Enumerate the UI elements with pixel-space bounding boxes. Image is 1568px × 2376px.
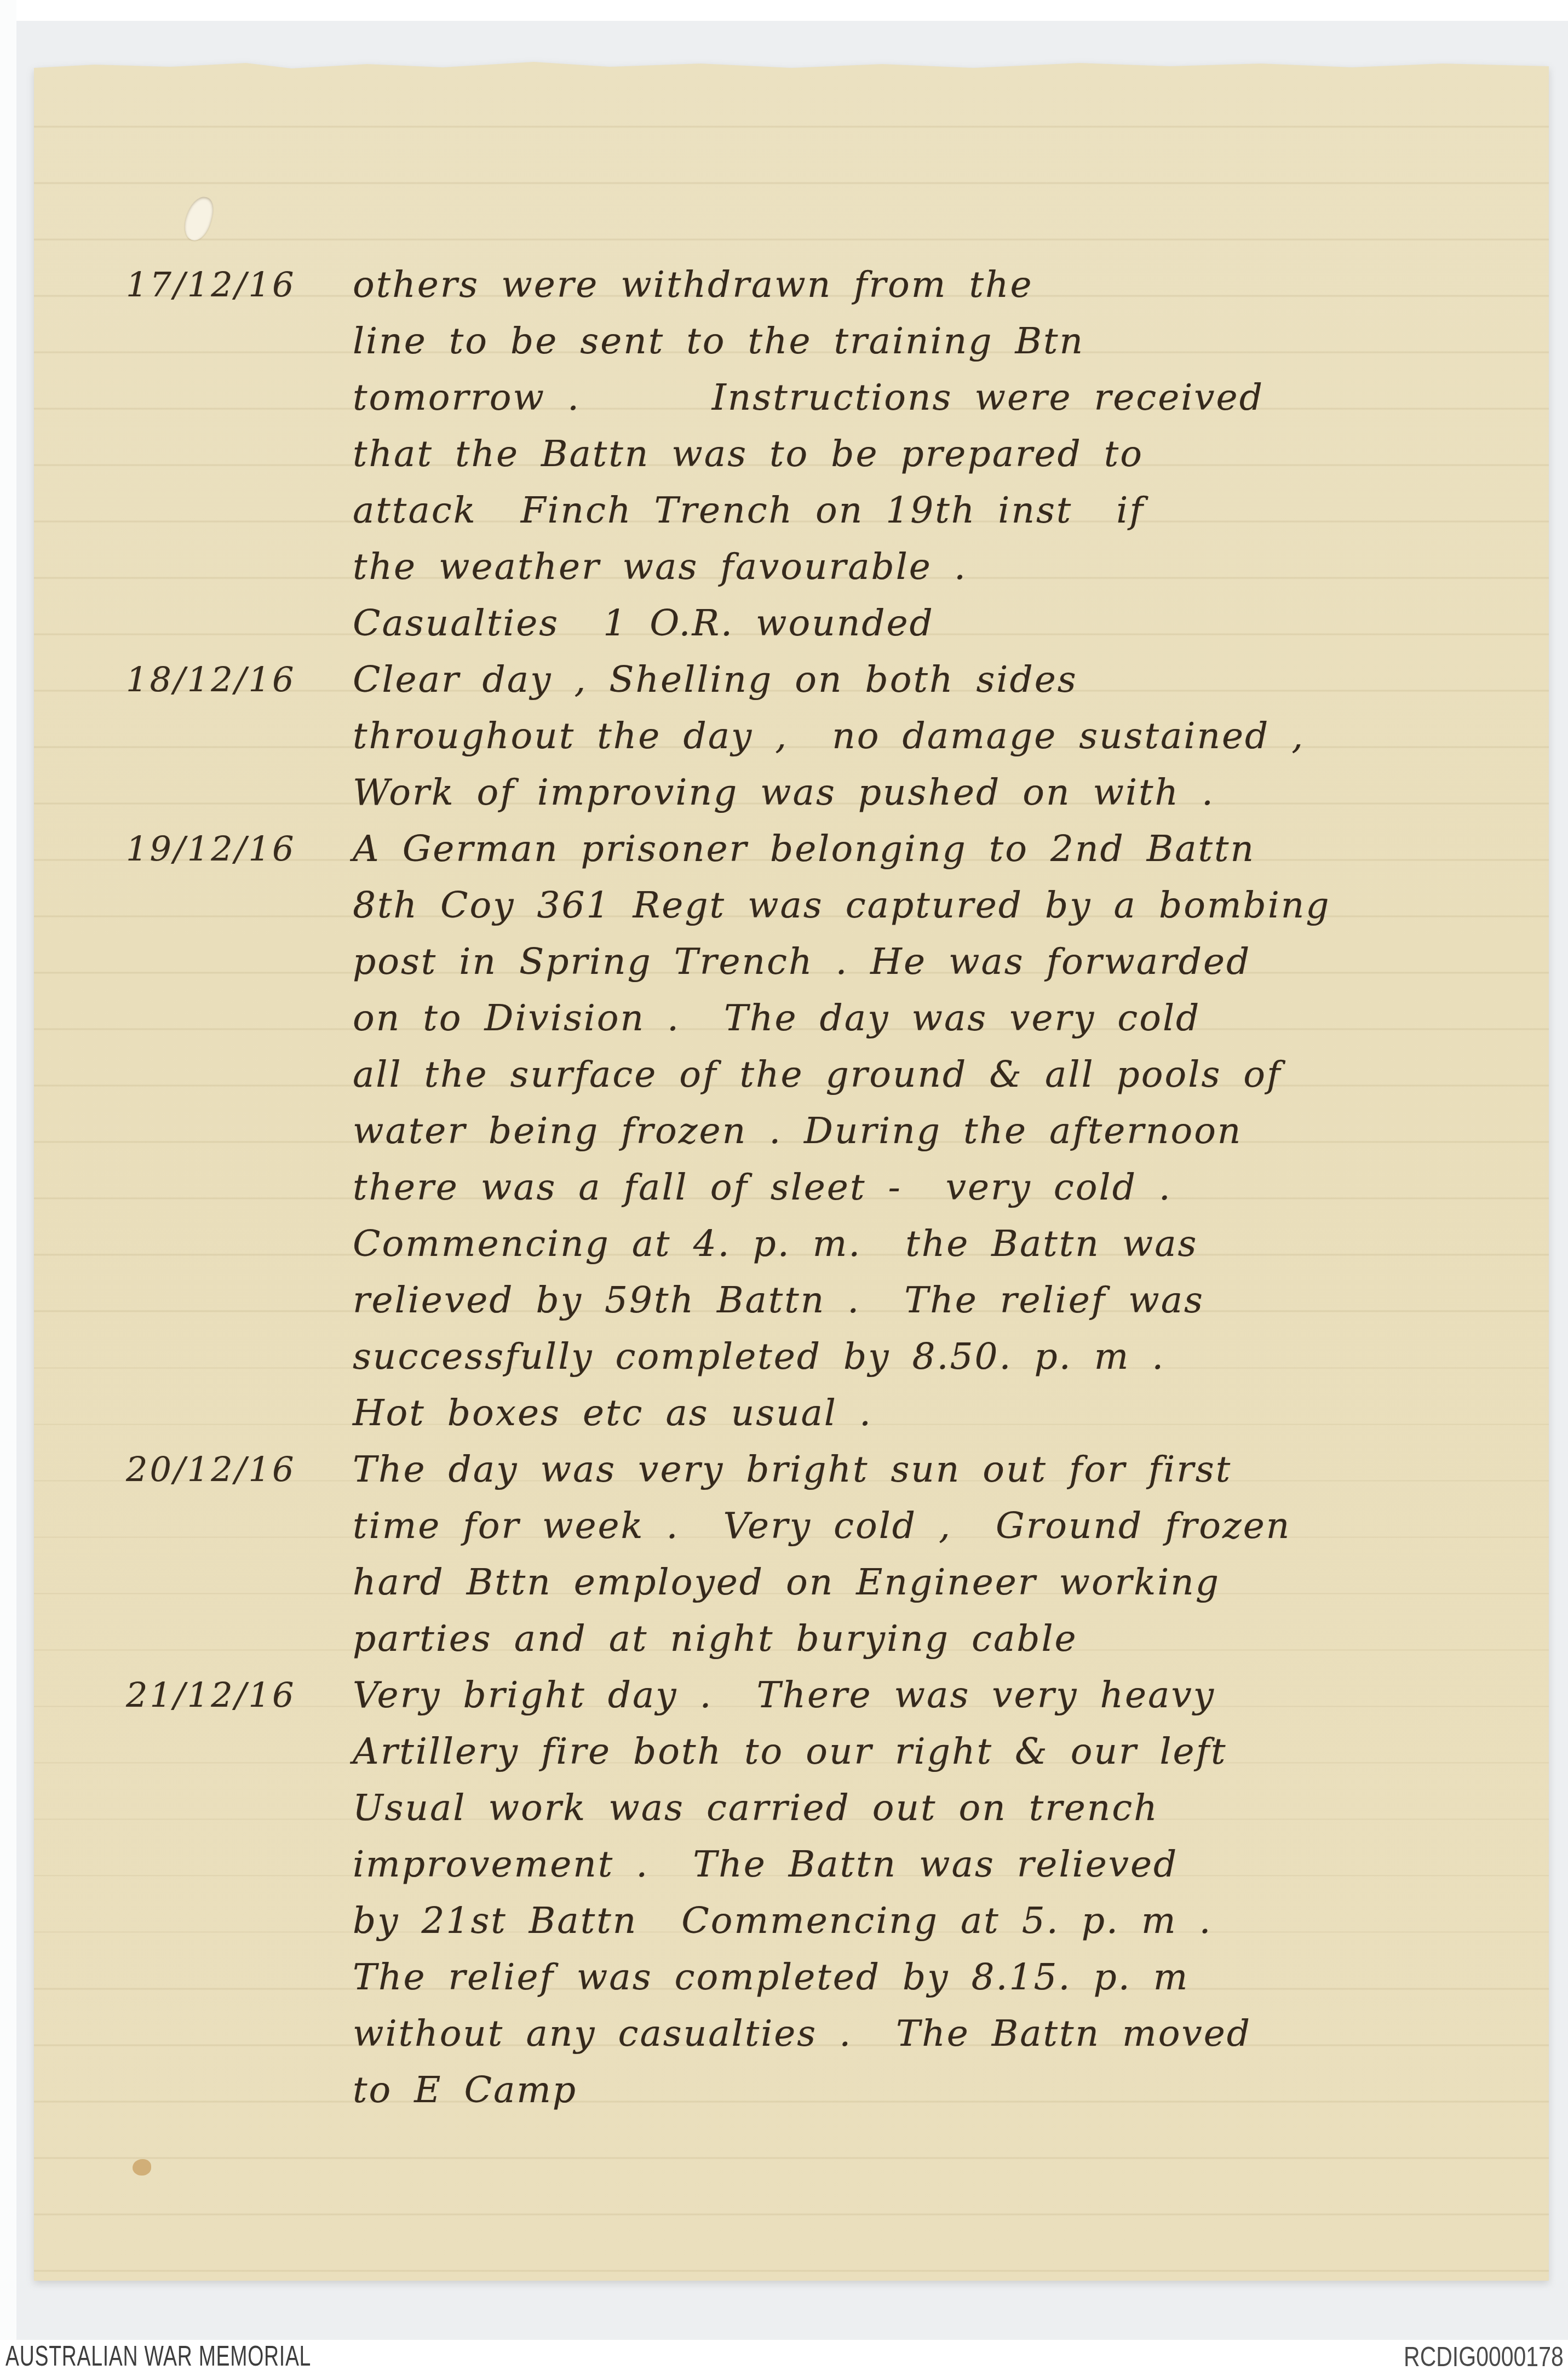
diary-line: relieved by 59th Battn . The relief was [353,1272,1528,1328]
diary-line: hard Bttn employed on Engineer working [353,1554,1528,1610]
diary-line: to E Camp [353,2062,1528,2118]
paper-stain [133,2159,151,2176]
diary-line: others were withdrawn from the [353,256,1528,313]
diary-line: on to Division . The day was very cold [353,990,1528,1046]
entry-date: 18/12/16 [94,651,353,820]
entry-date: 21/12/16 [94,1667,353,2118]
diary-line: all the surface of the ground & all pool… [353,1046,1528,1103]
diary-line: line to be sent to the training Btn [353,313,1528,369]
diary-line: there was a fall of sleet - very cold . [353,1159,1528,1215]
diary-line: improvement . The Battn was relieved [353,1836,1528,1892]
scan-margin-top [0,0,1568,21]
entry-text: The day was very bright sun out for firs… [353,1441,1528,1667]
diary-line: Very bright day . There was very heavy [353,1667,1528,1723]
paper-sheet: 17/12/16 others were withdrawn from the … [34,61,1549,2281]
diary-line: The relief was completed by 8.15. p. m [353,1949,1528,2005]
diary-entry: 18/12/16 Clear day , Shelling on both si… [94,651,1528,820]
diary-line: time for week . Very cold , Ground froze… [353,1497,1528,1554]
entry-text: Very bright day . There was very heavy A… [353,1667,1528,2118]
diary-line: The day was very bright sun out for firs… [353,1441,1528,1497]
diary-line: successfully completed by 8.50. p. m . [353,1328,1528,1385]
diary-line: Casualties 1 O.R. wounded [353,595,1528,651]
entry-text: others were withdrawn from the line to b… [353,256,1528,651]
diary-entry: 21/12/16 Very bright day . There was ver… [94,1667,1528,2118]
diary-line: Work of improving was pushed on with . [353,764,1528,820]
footer-archive-name: AUSTRALIAN WAR MEMORIAL [5,2340,311,2373]
footer-item-id: RCDIG0000178 [1404,2341,1564,2373]
footer-bar: AUSTRALIAN WAR MEMORIAL RCDIG0000178 [0,2340,1568,2376]
diary-entry: 20/12/16 The day was very bright sun out… [94,1441,1528,1667]
entry-text: A German prisoner belonging to 2nd Battn… [353,820,1528,1441]
diary-line: throughout the day , no damage sustained… [353,708,1528,764]
diary-line: A German prisoner belonging to 2nd Battn [353,820,1528,877]
diary-line: Hot boxes etc as usual . [353,1385,1528,1441]
diary-line: 8th Coy 361 Regt was captured by a bombi… [353,877,1528,933]
paper-damage-hole [181,194,216,244]
scan-margin-left [0,0,16,2340]
diary-entry: 19/12/16 A German prisoner belonging to … [94,820,1528,1441]
diary-line: Artillery fire both to our right & our l… [353,1723,1528,1780]
diary-line: attack Finch Trench on 19th inst if [353,482,1528,538]
entry-date: 20/12/16 [94,1441,353,1667]
diary-line: without any casualties . The Battn moved [353,2005,1528,2062]
entry-text: Clear day , Shelling on both sides throu… [353,651,1528,820]
diary-line: post in Spring Trench . He was forwarded [353,933,1528,990]
diary-entries: 17/12/16 others were withdrawn from the … [94,256,1528,2118]
diary-line: Commencing at 4. p. m. the Battn was [353,1215,1528,1272]
diary-line: that the Battn was to be prepared to [353,426,1528,482]
diary-line: Usual work was carried out on trench [353,1780,1528,1836]
diary-line: by 21st Battn Commencing at 5. p. m . [353,1892,1528,1949]
diary-line: parties and at night burying cable [353,1610,1528,1667]
diary-entry: 17/12/16 others were withdrawn from the … [94,256,1528,651]
diary-line: the weather was favourable . [353,538,1528,595]
entry-date: 17/12/16 [94,256,353,651]
entry-date: 19/12/16 [94,820,353,1441]
diary-line: water being frozen . During the afternoo… [353,1103,1528,1159]
diary-line: Clear day , Shelling on both sides [353,651,1528,708]
diary-line: tomorrow . Instructions were received [353,369,1528,426]
paper-shadow: 17/12/16 others were withdrawn from the … [34,61,1549,2281]
